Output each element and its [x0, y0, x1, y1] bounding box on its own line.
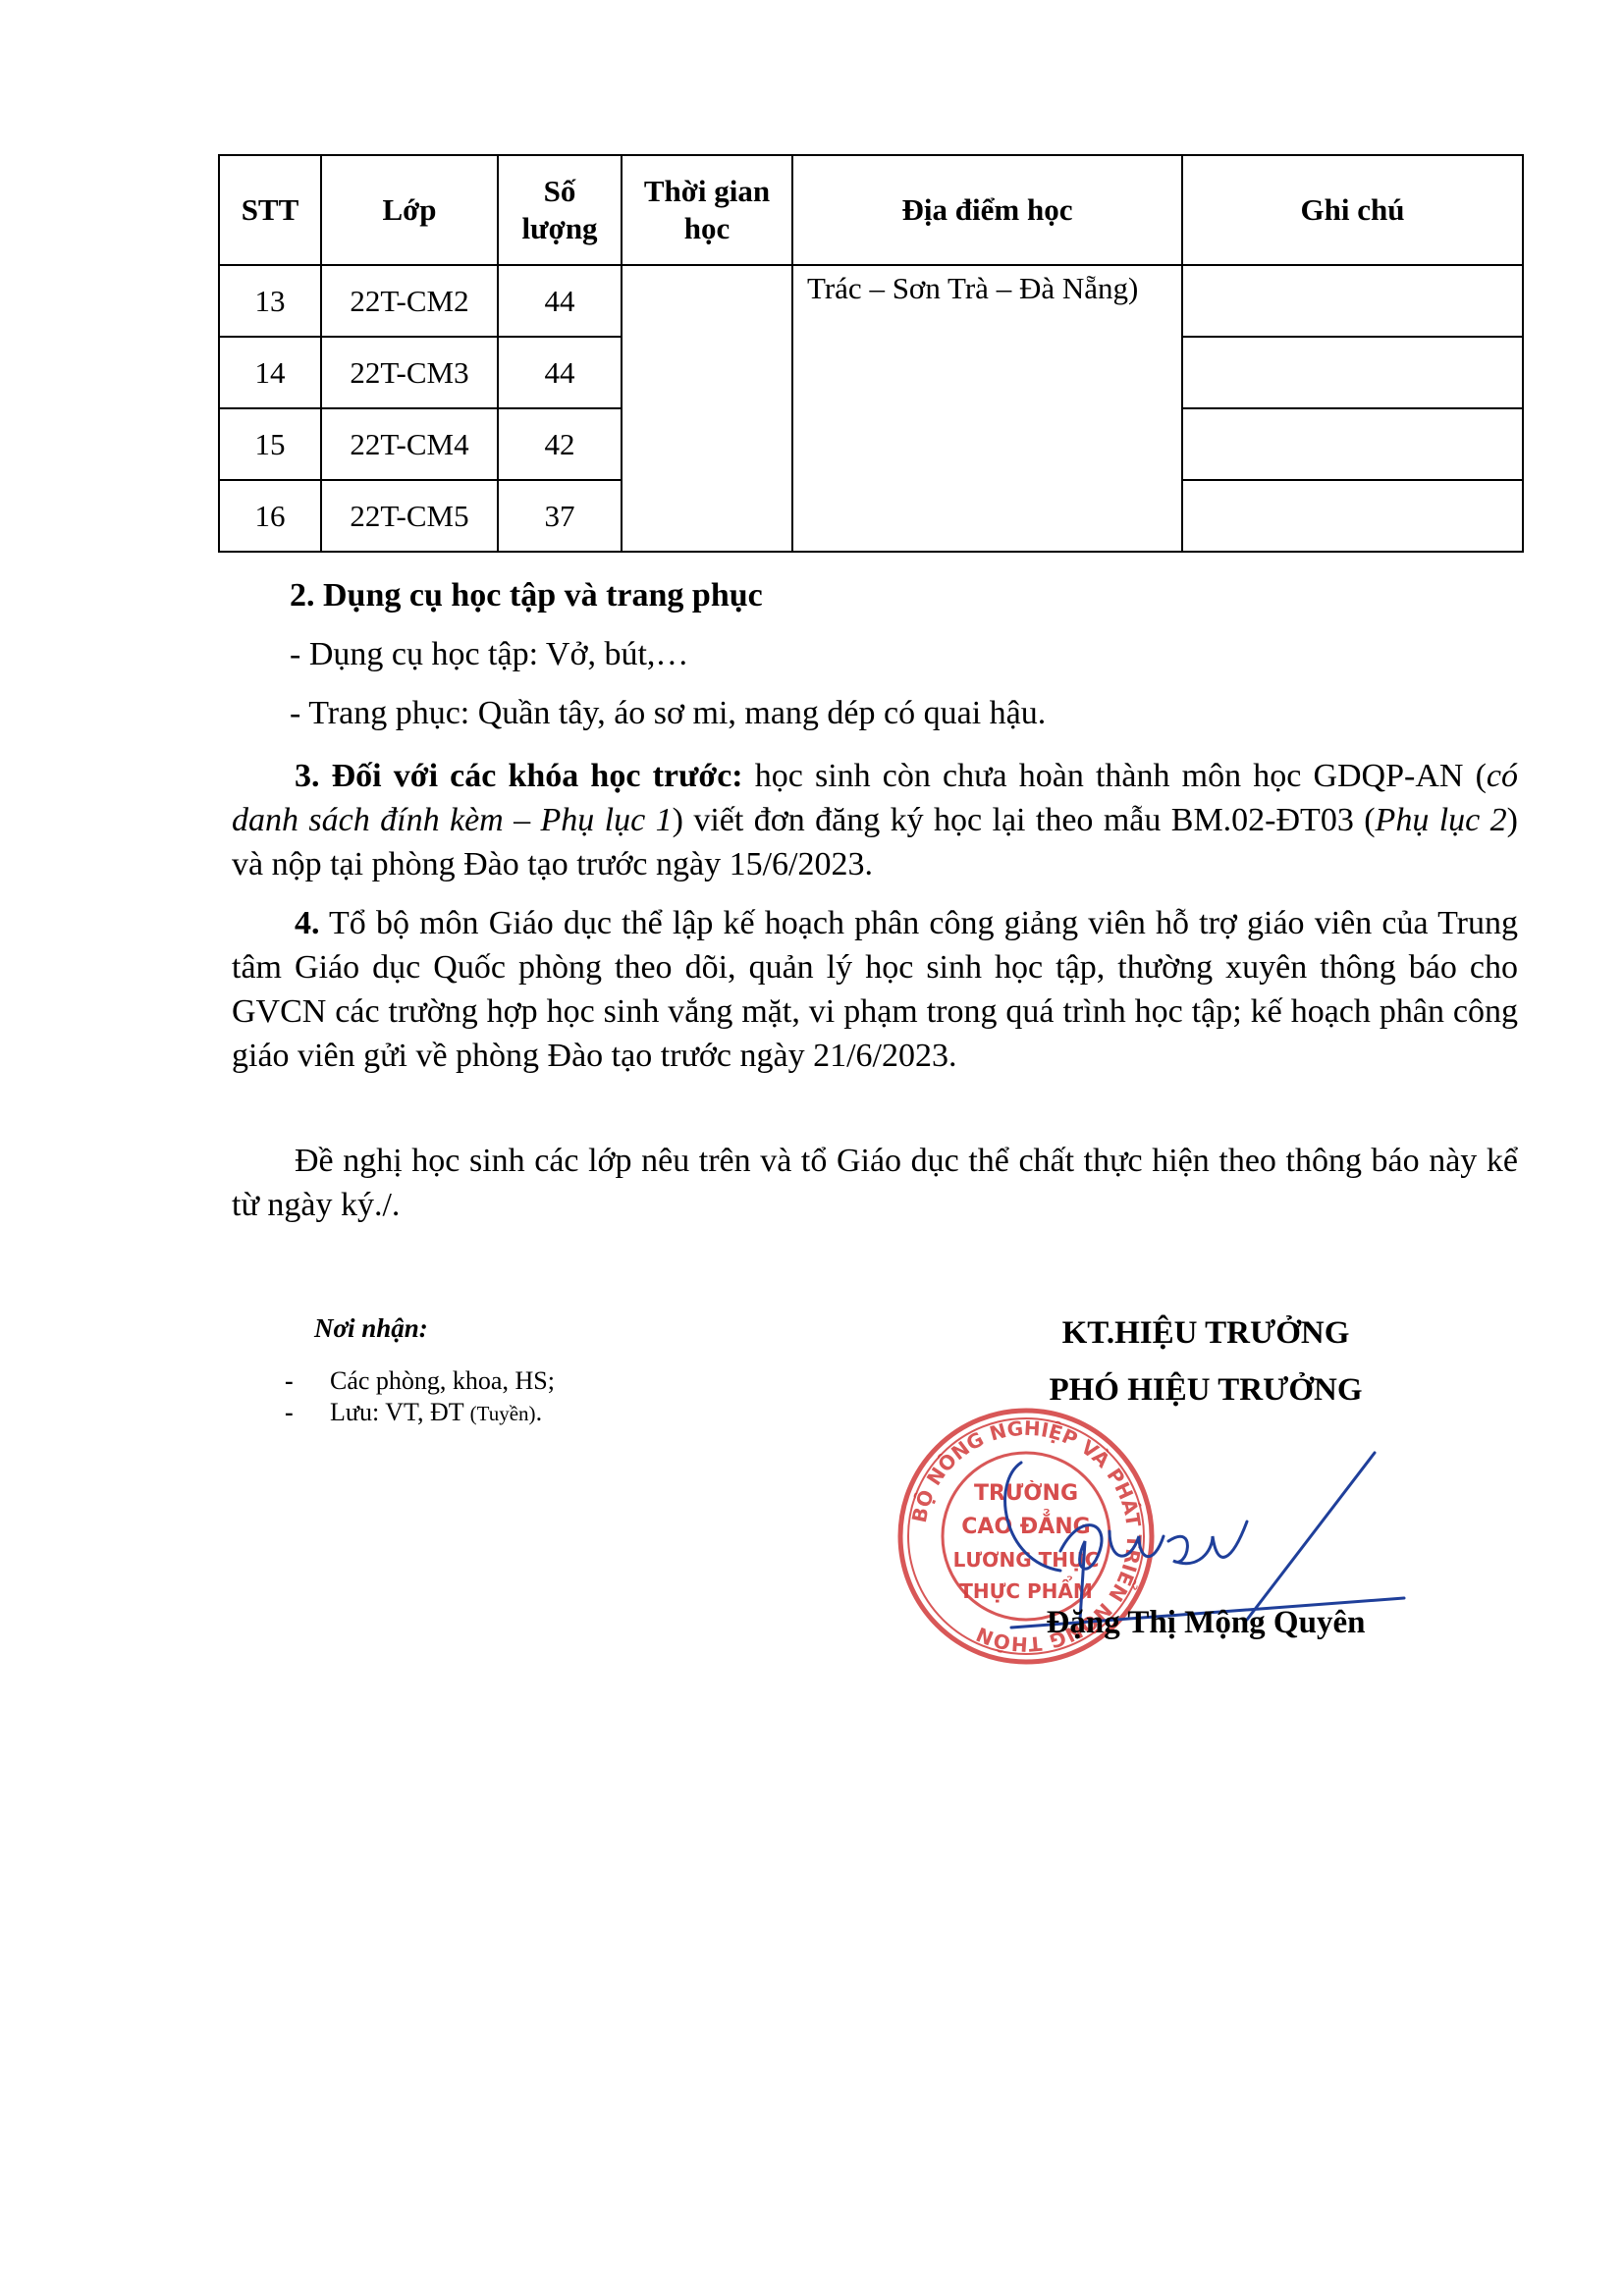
cell-ghi-chu	[1182, 265, 1523, 337]
header-so-luong-line1: Số	[499, 173, 621, 210]
recipient-text: Lưu: VT, ĐT	[330, 1398, 470, 1426]
cell-so-luong: 44	[498, 337, 622, 408]
header-stt: STT	[219, 155, 321, 265]
recipient-dash: -	[285, 1398, 330, 1427]
section3-heading: 3. Đối với các khóa học trước:	[295, 758, 743, 794]
cell-ghi-chu	[1182, 337, 1523, 408]
section2-item-tools: - Dụng cụ học tập: Vở, bút,…	[290, 632, 688, 676]
closing-paragraph: Đề nghị học sinh các lớp nêu trên và tổ …	[232, 1139, 1518, 1227]
cell-stt: 13	[219, 265, 321, 337]
cell-lop: 22T-CM5	[321, 480, 498, 552]
cell-thoi-gian	[622, 265, 792, 552]
header-lop: Lớp	[321, 155, 498, 265]
cell-lop: 22T-CM3	[321, 337, 498, 408]
header-thoi-gian-line1: Thời gian	[623, 173, 791, 210]
cell-so-luong: 37	[498, 480, 622, 552]
recipients-title: Nơi nhận:	[314, 1313, 428, 1344]
cell-dia-diem: Trác – Sơn Trà – Đà Nẵng)	[792, 265, 1182, 552]
recipient-dash: -	[285, 1366, 330, 1396]
cell-ghi-chu	[1182, 408, 1523, 480]
class-schedule-table: STT Lớp Số lượng Thời gian học Địa điểm …	[218, 154, 1524, 553]
header-so-luong: Số lượng	[498, 155, 622, 265]
header-thoi-gian-line2: học	[623, 210, 791, 247]
header-ghi-chu: Ghi chú	[1182, 155, 1523, 265]
section4-paragraph: 4. Tổ bộ môn Giáo dục thể lập kế hoạch p…	[232, 901, 1518, 1078]
signer-name: Đặng Thị Mộng Quyên	[960, 1605, 1451, 1641]
cell-stt: 16	[219, 480, 321, 552]
table-header-row: STT Lớp Số lượng Thời gian học Địa điểm …	[219, 155, 1523, 265]
section3-paragraph: 3. Đối với các khóa học trước: học sinh …	[232, 754, 1518, 886]
recipient-end: .	[536, 1398, 543, 1426]
section4-text: Tổ bộ môn Giáo dục thể lập kế hoạch phân…	[232, 905, 1518, 1074]
cell-stt: 15	[219, 408, 321, 480]
recipient-item: -Các phòng, khoa, HS;	[285, 1366, 555, 1396]
signature-title-line1: KT.HIỆU TRƯỞNG	[960, 1315, 1451, 1352]
section3-text: ) viết đơn đăng ký học lại theo mẫu BM.0…	[673, 802, 1376, 838]
recipient-owner: (Tuyền)	[470, 1402, 536, 1425]
cell-so-luong: 42	[498, 408, 622, 480]
cell-so-luong: 44	[498, 265, 622, 337]
section3-text: học sinh còn chưa hoàn thành môn học GDQ…	[743, 758, 1487, 794]
header-thoi-gian: Thời gian học	[622, 155, 792, 265]
section4-number: 4.	[295, 905, 320, 941]
cell-lop: 22T-CM2	[321, 265, 498, 337]
cell-lop: 22T-CM4	[321, 408, 498, 480]
section3-appendix2: Phụ lục 2	[1376, 802, 1507, 838]
section2-item-clothing: - Trang phục: Quần tây, áo sơ mi, mang d…	[290, 691, 1046, 735]
table-row: 13 22T-CM2 44 Trác – Sơn Trà – Đà Nẵng)	[219, 265, 1523, 337]
header-dia-diem: Địa điểm học	[792, 155, 1182, 265]
cell-ghi-chu	[1182, 480, 1523, 552]
cell-stt: 14	[219, 337, 321, 408]
recipient-item: -Lưu: VT, ĐT (Tuyền).	[285, 1398, 542, 1427]
section2-heading: 2. Dụng cụ học tập và trang phục	[290, 573, 763, 617]
recipient-text: Các phòng, khoa, HS;	[330, 1366, 555, 1395]
header-so-luong-line2: lượng	[499, 210, 621, 247]
